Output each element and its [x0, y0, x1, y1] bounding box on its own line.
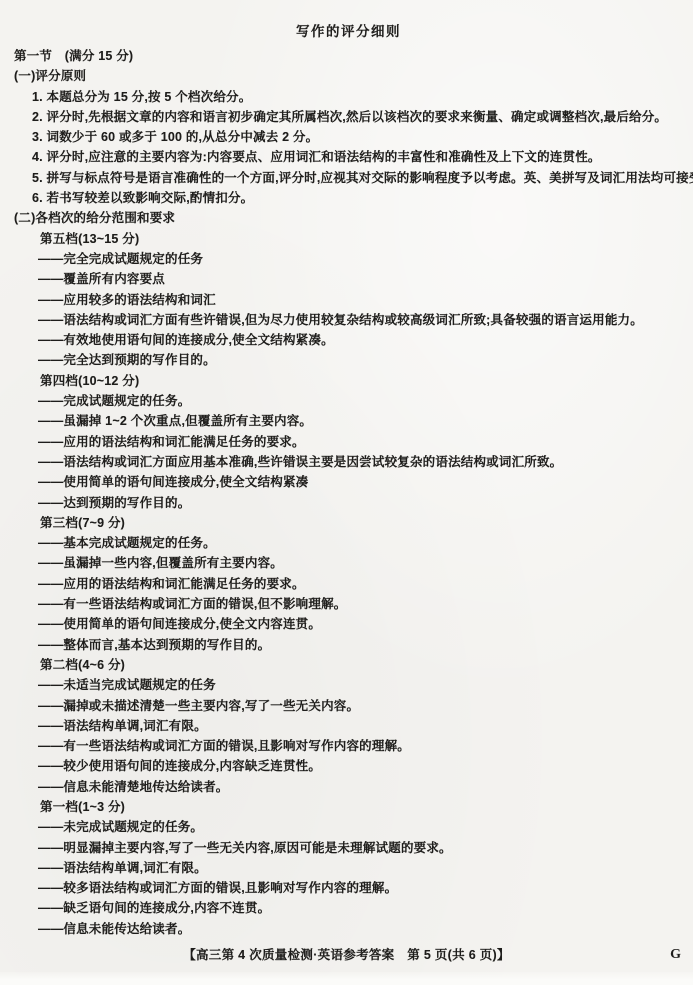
band-item: ——明显漏掉主要内容,写了一些无关内容,原因可能是未理解试题的要求。 [14, 838, 683, 858]
band-item: ——语法结构单调,词汇有限。 [14, 858, 683, 878]
band-item: ——信息未能清楚地传达给读者。 [14, 777, 683, 797]
band-item: ——有效地使用语句间的连接成分,使全文结构紧凑。 [14, 330, 683, 350]
band-item: ——覆盖所有内容要点 [14, 269, 683, 289]
band-title: 第三档(7~9 分) [14, 513, 683, 533]
footer-page-number: 第 5 页(共 6 页)】 [394, 948, 509, 962]
principle-item: 4. 评分时,应注意的主要内容为:内容要点、应用词汇和语法结构的丰富性和准确性及… [14, 147, 683, 167]
band-section-1: 第一档(1~3 分) ——未完成试题规定的任务。 ——明显漏掉主要内容,写了一些… [14, 797, 683, 939]
band-section-4: 第四档(10~12 分) ——完成试题规定的任务。 ——虽漏掉 1~2 个次重点… [14, 371, 683, 513]
band-item: ——缺乏语句间的连接成分,内容不连贯。 [14, 898, 683, 918]
band-item: ——未适当完成试题规定的任务 [14, 675, 683, 695]
principles-heading: (一)评分原则 [14, 66, 683, 86]
band-item: ——虽漏掉一些内容,但覆盖所有主要内容。 [14, 553, 683, 573]
band-item: ——应用较多的语法结构和词汇 [14, 290, 683, 310]
band-item: ——完全达到预期的写作目的。 [14, 350, 683, 370]
band-item: ——完全完成试题规定的任务 [14, 249, 683, 269]
band-item: ——较少使用语句间的连接成分,内容缺乏连贯性。 [14, 756, 683, 776]
principle-item: 5. 拼写与标点符号是语言准确性的一个方面,评分时,应视其对交际的影响程度予以考… [14, 168, 683, 188]
band-title: 第四档(10~12 分) [14, 371, 683, 391]
band-item: ——信息未能传达给读者。 [14, 919, 683, 939]
section-heading: 第一节 (满分 15 分) [14, 46, 683, 66]
principle-item: 2. 评分时,先根据文章的内容和语言初步确定其所属档次,然后以该档次的要求来衡量… [14, 107, 683, 127]
scanned-document-page: 写作的评分细则 第一节 (满分 15 分) (一)评分原则 1. 本题总分为 1… [0, 0, 693, 985]
band-item: ——较多语法结构或词汇方面的错误,且影响对写作内容的理解。 [14, 878, 683, 898]
band-item: ——完成试题规定的任务。 [14, 391, 683, 411]
band-title: 第五档(13~15 分) [14, 229, 683, 249]
band-item: ——应用的语法结构和词汇能满足任务的要求。 [14, 574, 683, 594]
bands-heading: (二)各档次的给分范围和要求 [14, 208, 683, 228]
band-item: ——漏掉或未描述清楚一些主要内容,写了一些无关内容。 [14, 696, 683, 716]
band-title: 第二档(4~6 分) [14, 655, 683, 675]
band-item: ——未完成试题规定的任务。 [14, 817, 683, 837]
band-item: ——有一些语法结构或词汇方面的错误,但不影响理解。 [14, 594, 683, 614]
page-footer: 【高三第 4 次质量检测·英语参考答案 第 5 页(共 6 页)】 [0, 946, 693, 964]
corner-version-letter: G [670, 946, 681, 964]
footer-exam-title: 【高三第 4 次质量检测·英语参考答案 [183, 948, 394, 962]
band-item: ——语法结构或词汇方面应用基本准确,些许错误主要是因尝试较复杂的语法结构或词汇所… [14, 452, 683, 472]
band-item: ——语法结构单调,词汇有限。 [14, 716, 683, 736]
band-item: ——使用简单的语句间连接成分,使全文内容连贯。 [14, 614, 683, 634]
principle-item: 3. 词数少于 60 或多于 100 的,从总分中减去 2 分。 [14, 127, 683, 147]
scan-bottom-edge [0, 972, 693, 985]
band-item: ——虽漏掉 1~2 个次重点,但覆盖所有主要内容。 [14, 411, 683, 431]
band-item: ——有一些语法结构或词汇方面的错误,且影响对写作内容的理解。 [14, 736, 683, 756]
document-content: 写作的评分细则 第一节 (满分 15 分) (一)评分原则 1. 本题总分为 1… [0, 0, 693, 939]
principle-item: 6. 若书写较差以致影响交际,酌情扣分。 [14, 188, 683, 208]
page-title: 写作的评分细则 [14, 24, 683, 40]
principle-item: 1. 本题总分为 15 分,按 5 个档次给分。 [14, 87, 683, 107]
band-item: ——使用简单的语句间连接成分,使全文结构紧凑 [14, 472, 683, 492]
band-item: ——基本完成试题规定的任务。 [14, 533, 683, 553]
band-section-3: 第三档(7~9 分) ——基本完成试题规定的任务。 ——虽漏掉一些内容,但覆盖所… [14, 513, 683, 655]
band-item: ——应用的语法结构和词汇能满足任务的要求。 [14, 432, 683, 452]
band-item: ——语法结构或词汇方面有些许错误,但为尽力使用较复杂结构或较高级词汇所致;具备较… [14, 310, 683, 330]
band-section-2: 第二档(4~6 分) ——未适当完成试题规定的任务 ——漏掉或未描述清楚一些主要… [14, 655, 683, 797]
band-item: ——整体而言,基本达到预期的写作目的。 [14, 635, 683, 655]
band-section-5: 第五档(13~15 分) ——完全完成试题规定的任务 ——覆盖所有内容要点 ——… [14, 229, 683, 371]
band-item: ——达到预期的写作目的。 [14, 493, 683, 513]
band-title: 第一档(1~3 分) [14, 797, 683, 817]
